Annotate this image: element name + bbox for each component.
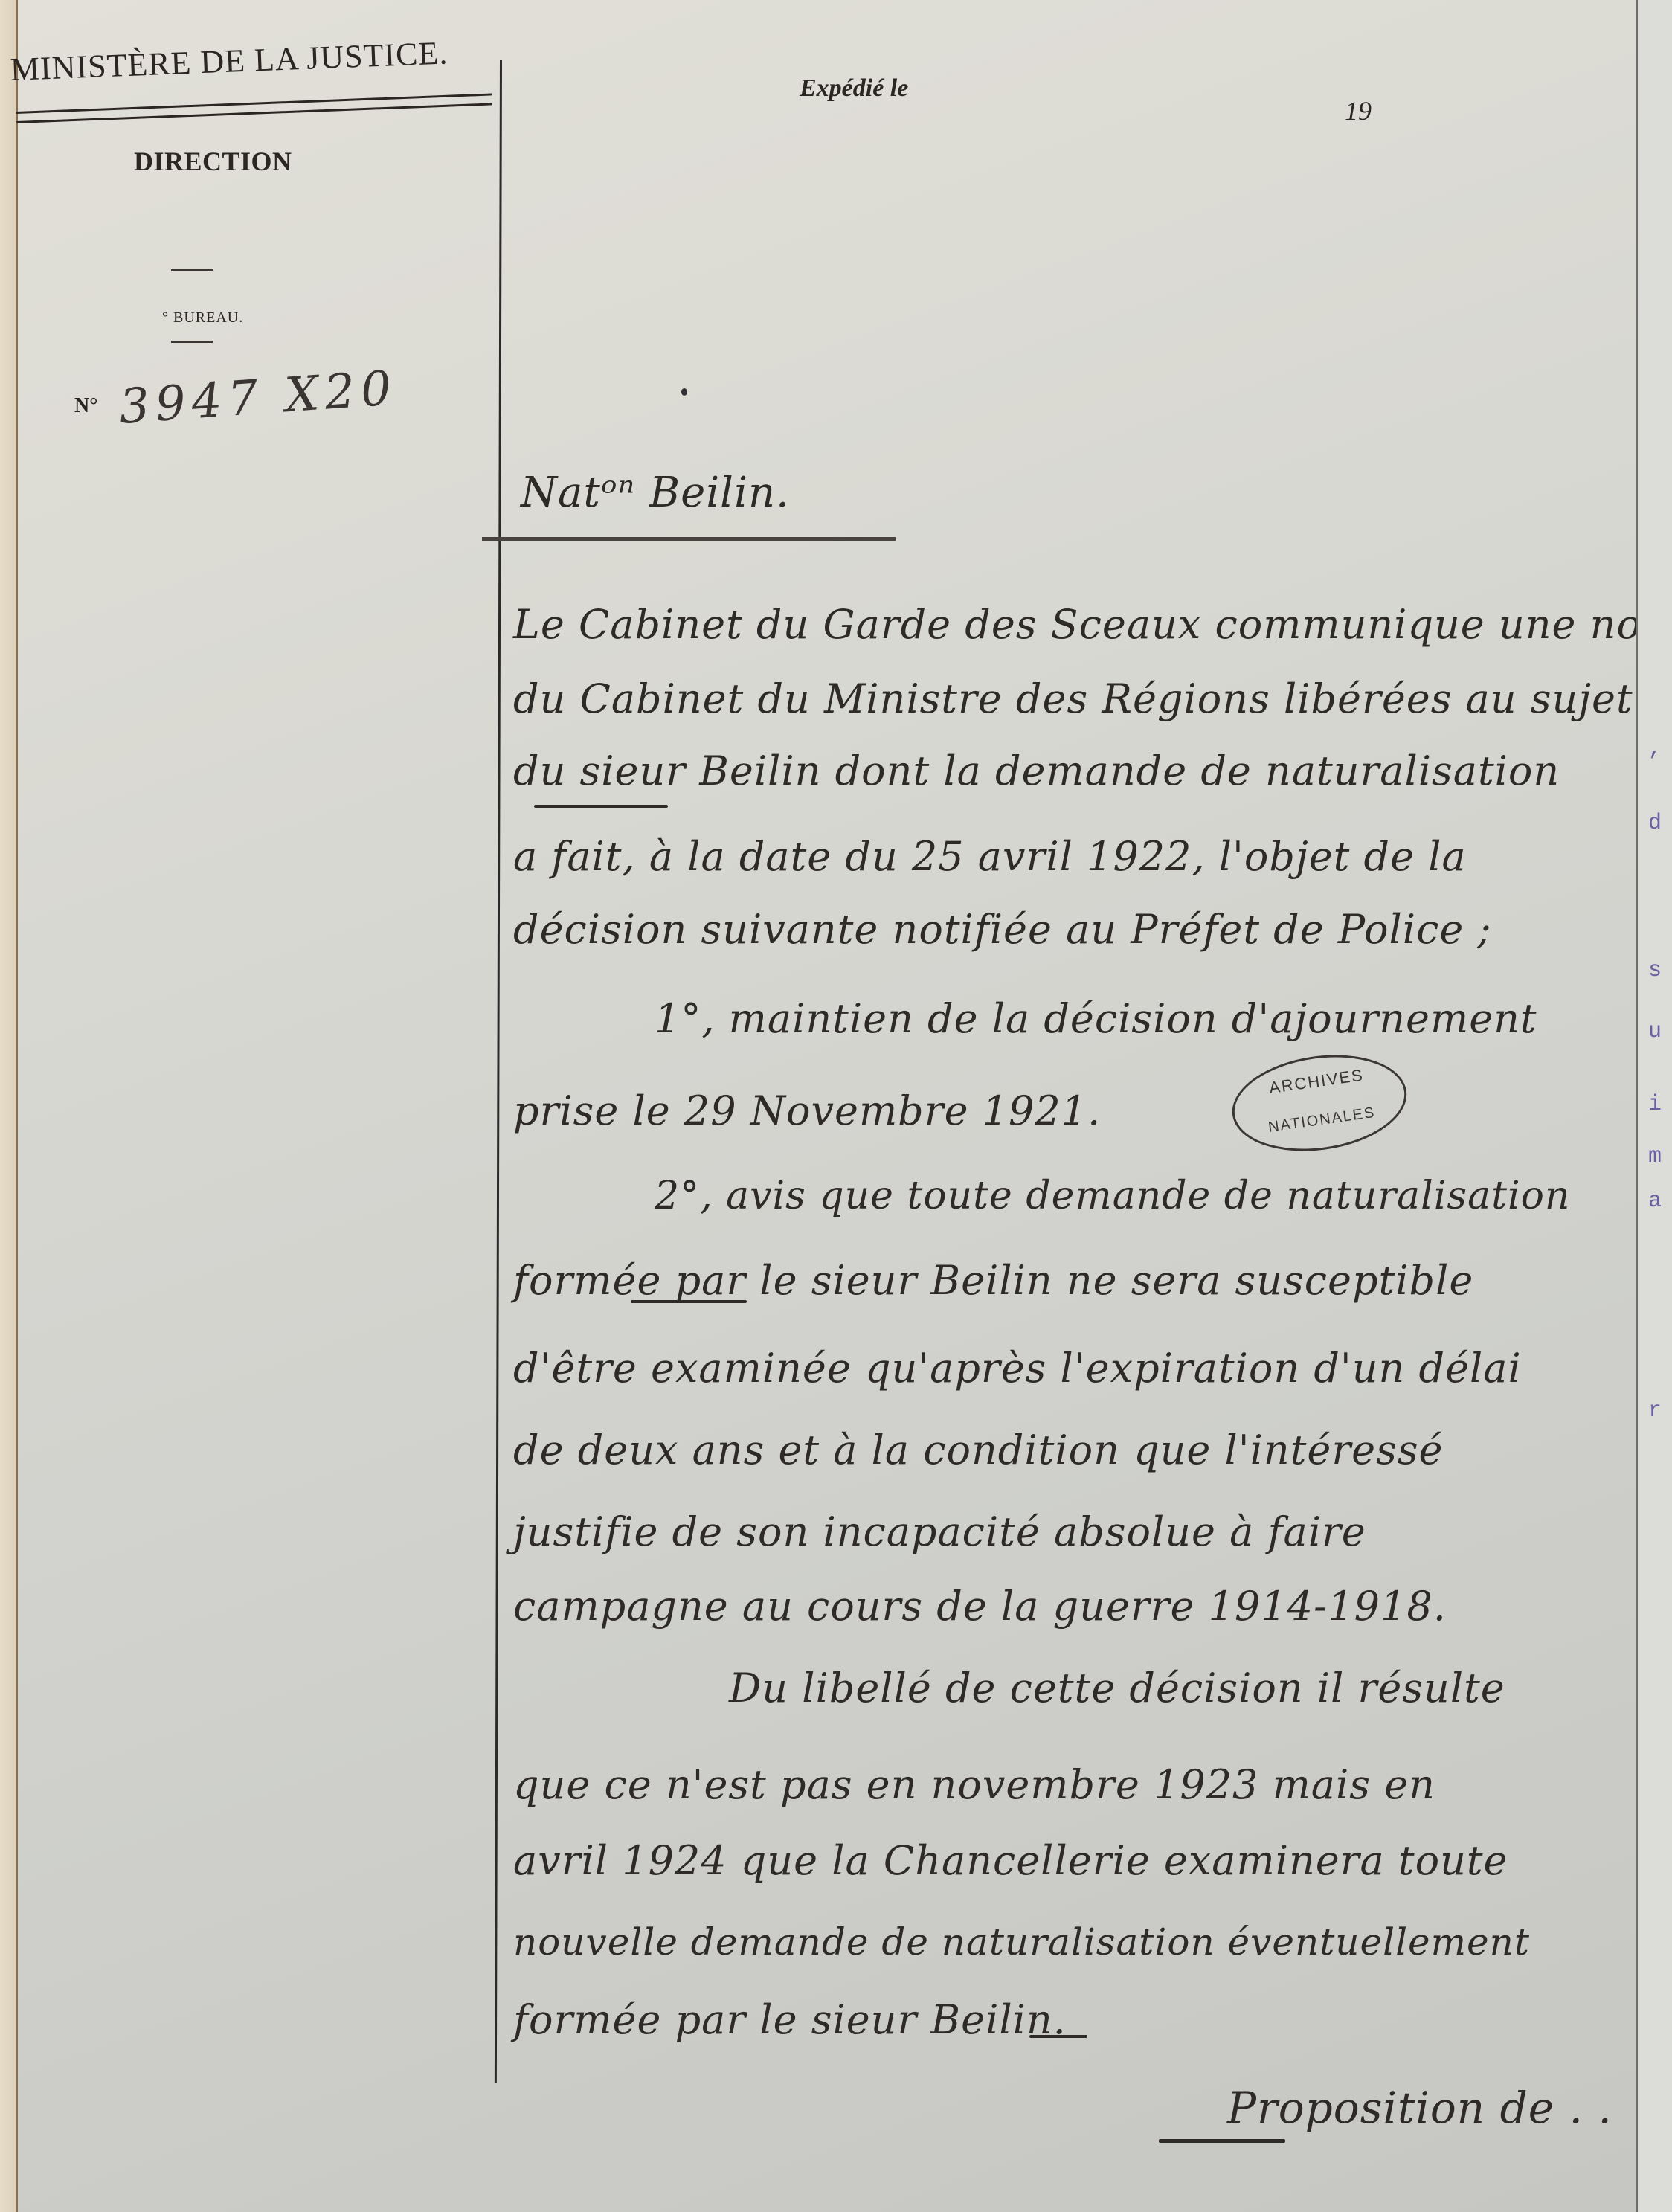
typewriter-char: d: [1648, 811, 1662, 836]
typewriter-char: s: [1648, 958, 1662, 983]
name-underline: [631, 1300, 747, 1303]
adjacent-sheet: , d s u i m a r: [1636, 0, 1672, 2212]
body-line: d'être examinée qu'après l'expiration d'…: [513, 1345, 1522, 1392]
year-prefix: 19: [1345, 95, 1372, 126]
subject-underline: [482, 537, 896, 541]
subject-line: Natᵒⁿ Beilin.: [521, 469, 790, 517]
body-line: formée par le sieur Beilin ne sera susce…: [513, 1257, 1473, 1304]
body-line: nouvelle demande de naturalisation évent…: [513, 1920, 1530, 1964]
stamp-line-1: ARCHIVES: [1230, 1060, 1402, 1103]
typewriter-char: m: [1648, 1144, 1662, 1169]
divider-rule: [171, 341, 213, 343]
typewriter-char: r: [1648, 1398, 1662, 1424]
closing-line: Proposition de . .: [1227, 2083, 1612, 2133]
body-line: campagne au cours de la guerre 1914-1918…: [513, 1583, 1447, 1630]
header-double-rule: [16, 93, 492, 123]
closing-underline: [1159, 2139, 1285, 2143]
body-line: avril 1924 que la Chancellerie examinera…: [513, 1837, 1508, 1884]
body-line: 2°, avis que toute demande de naturalisa…: [655, 1174, 1570, 1218]
stamp-line-2: NATIONALES: [1236, 1100, 1408, 1141]
body-line: justifie de son incapacité absolue à fai…: [513, 1508, 1366, 1555]
divider-rule: [171, 269, 213, 271]
body-line: du Cabinet du Ministre des Régions libér…: [513, 675, 1633, 722]
name-underline: [1029, 2035, 1087, 2038]
typewriter-char: a: [1648, 1189, 1662, 1214]
typewriter-char: u: [1648, 1019, 1662, 1044]
body-line: de deux ans et à la condition que l'inté…: [513, 1427, 1444, 1473]
body-line: du sieur Beilin dont la demande de natur…: [513, 747, 1560, 794]
bureau-label: ° BUREAU.: [162, 309, 243, 327]
body-line: que ce n'est pas en novembre 1923 mais e…: [513, 1761, 1435, 1808]
margin-rule: [495, 60, 502, 2083]
archives-nationales-stamp: ARCHIVES NATIONALES: [1226, 1044, 1412, 1162]
ink-dot: [681, 388, 687, 396]
body-line: 1°, maintien de la décision d'ajournemen…: [655, 995, 1537, 1042]
body-line: a fait, à la date du 25 avril 1922, l'ob…: [513, 833, 1467, 880]
typewriter-char: i: [1648, 1092, 1662, 1117]
numero-label: N°: [74, 394, 97, 418]
body-line: décision suivante notifiée au Préfet de …: [513, 906, 1492, 953]
dossier-number: 3947 X20: [118, 361, 399, 435]
typewriter-char: ,: [1648, 736, 1662, 762]
direction-label: DIRECTION: [134, 146, 292, 177]
expedie-label: Expédié le: [800, 74, 908, 103]
ministry-heading: MINISTÈRE DE LA JUSTICE.: [10, 33, 448, 89]
name-underline: [534, 805, 668, 808]
body-line: prise le 29 Novembre 1921.: [513, 1087, 1101, 1134]
body-line: formée par le sieur Beilin.: [513, 1996, 1067, 2043]
body-line: Le Cabinet du Garde des Sceaux communiqu…: [513, 601, 1672, 648]
binding-edge: [0, 0, 18, 2212]
body-line: Du libellé de cette décision il résulte: [729, 1665, 1505, 1711]
document-page: MINISTÈRE DE LA JUSTICE. DIRECTION ° BUR…: [0, 0, 1636, 2212]
